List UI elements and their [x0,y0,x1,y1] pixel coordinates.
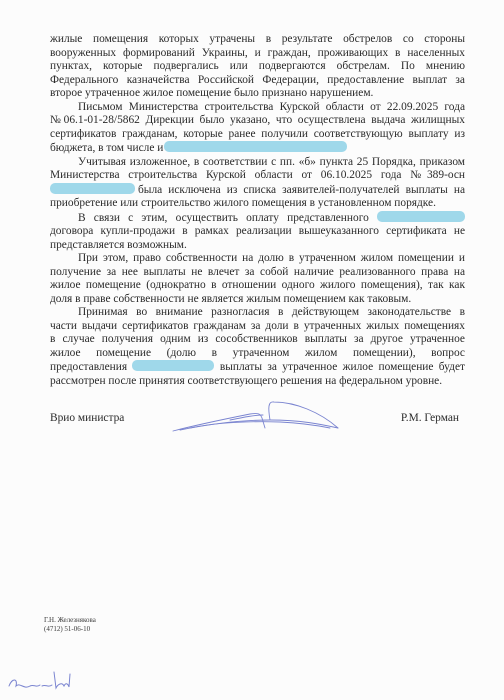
text-line: Учитывая изложенное, в соответствии с пп… [50,156,465,170]
paragraph-1: жилые помещения которых утрачены в резул… [50,33,465,101]
text-line: Принимая во внимание разногласия в дейст… [50,306,465,320]
executor-name: Г.Н. Железнякова [44,616,96,625]
text-line: представляется возможным. [50,239,465,253]
text-line: №06.1-01-28/5862 Дирекции было указано, … [50,114,465,128]
text-line: При этом, право собственности на долю в … [50,252,465,266]
text-line: сертификатов гражданам, которые ранее по… [50,128,465,142]
text-line: Письмом Министерства строительства Курск… [50,101,465,115]
text-line: жилые помещения которых утрачены в резул… [50,33,465,47]
text-line: бюджета, в том числе и [50,141,465,156]
redaction-block [50,183,135,194]
text-fragment: бюджета, в том числе и [50,142,163,154]
text-line: Федерального казначейства Российской Фед… [50,74,465,88]
paragraph-6: Принимая во внимание разногласия в дейст… [50,306,465,388]
paragraph-5: При этом, право собственности на долю в … [50,252,465,306]
letter-body: жилые помещения которых утрачены в резул… [50,33,465,388]
text-line: вооруженных формирований Украины, и граж… [50,47,465,61]
text-line: Министерства строительства Курской облас… [50,169,465,183]
text-line: приобретение или строительство жилого по… [50,197,465,211]
handwritten-signature-icon [170,398,345,438]
text-line: получение за нее выплаты не влечет за со… [50,266,465,280]
text-line: В связи с этим, осуществить оплату предс… [50,211,465,226]
text-fragment: была исключена из списка заявителей-полу… [138,184,465,196]
executor-phone: (4712) 51-06-10 [44,625,96,634]
signer-name: Р.М. Герман [401,412,459,424]
paragraph-2: Письмом Министерства строительства Курск… [50,101,465,156]
text-line: второе утраченное жилое помещение было п… [50,87,465,101]
text-line: доля в праве собственности не является ж… [50,293,465,307]
document-page: жилые помещения которых утрачены в резул… [0,0,504,700]
paragraph-3: Учитывая изложенное, в соответствии с пп… [50,156,465,211]
text-line: части выдачи сертификатов гражданам за д… [50,320,465,334]
executor-info: Г.Н. Железнякова (4712) 51-06-10 [44,616,96,634]
redaction-block [377,211,465,222]
text-line: предоставления выплаты за утраченное жил… [50,360,465,375]
signer-position: Врио министра [50,412,124,424]
paragraph-4: В связи с этим, осуществить оплату предс… [50,211,465,253]
text-line: договора купли-продажи в рамках реализац… [50,225,465,239]
text-line: рассмотрен после принятия соответствующе… [50,375,465,389]
text-fragment: выплаты за утраченное жилое помещение бу… [220,361,465,373]
text-line: жилое помещение (однократно в отношении … [50,279,465,293]
redaction-block [164,141,347,152]
redaction-block [132,360,214,371]
initials-signature-icon [6,668,76,694]
text-fragment: В связи с этим, осуществить оплату предс… [78,212,369,224]
text-line: была исключена из списка заявителей-полу… [50,183,465,198]
text-line: в случае получения одним из сособственни… [50,333,465,347]
text-line: жилое помещение (долю в утраченном жилом… [50,347,465,361]
text-line: пунктах, которые подвергались или подвер… [50,60,465,74]
text-fragment: предоставления [50,361,127,373]
